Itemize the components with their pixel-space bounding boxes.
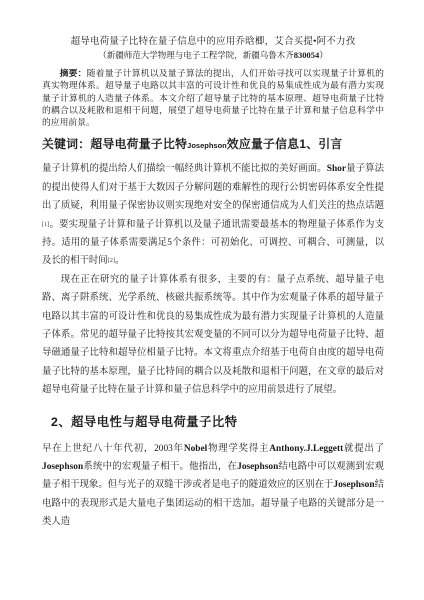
abstract-text: 随着量子计算机以及量子算法的提出，人们开始寻找可以实现量子计算机的真实物理体系。… (42, 68, 384, 127)
keywords-label: 关键词： (42, 137, 90, 151)
section-2-heading: 2、超导电性与超导电荷量子比特 (51, 414, 384, 430)
leggett-name: Anthony.J.Leggett (269, 444, 343, 454)
shor-name: Shor (327, 164, 346, 174)
intro-paragraph-1: 量子计算机的提出给人们描绘一幅经典计算机不能比拟的美好画面。Shor量子算法的提… (42, 160, 384, 270)
paper-affiliation: （新疆师范大学物理与电子工程学院，新疆乌鲁木齐830054） (42, 50, 384, 61)
intro-paragraph-2: 现在正在研究的量子计算体系有很多，主要的有：量子点系统、超导量子电路、离子阱系统… (42, 271, 384, 400)
paper-title: 超导电荷量子比特在量子信息中的应用 (71, 37, 236, 47)
intro-p1-part-a: 量子计算机的提出给人们描绘一幅经典计算机不能比拟的美好画面。 (42, 164, 327, 174)
s2-part-c: 就提出了 (343, 444, 384, 454)
josephson-name-3: Josephson (333, 480, 374, 490)
keywords-line: 关键词：超导电荷量子比特Josephson效应量子信息1、引言 (42, 137, 384, 153)
keywords-josephson: Josephson (187, 141, 227, 150)
page-content: 超导电荷量子比特在量子信息中的应用乔晗楖，艾合买提•阿不力孜 （新疆师范大学物理… (0, 0, 424, 532)
affiliation-text: （新疆师范大学物理与电子工程学院，新疆乌鲁木齐 (98, 50, 294, 60)
section-2-paragraph: 早在上世纪八十年代初，2003年Nobel物理学奖得主Anthony.J.Leg… (42, 440, 384, 532)
abstract-paragraph: 摘要：随着量子计算机以及量子算法的提出，人们开始寻找可以实现量子计算机的真实物理… (42, 67, 384, 128)
abstract-label: 摘要： (60, 68, 87, 78)
affiliation-zipcode: 830054 (294, 50, 320, 60)
s2-part-d: 系统中的宏观量子相干。他指出，在 (83, 462, 237, 472)
keywords-rest: 效应量子信息 (227, 137, 300, 151)
paper-authors: 乔晗楖，艾合买提•阿不力孜 (235, 37, 355, 47)
affiliation-close-paren: ） (319, 50, 328, 60)
intro-p1-part-d: 。 (115, 256, 124, 266)
s2-part-b: 物理学奖得主 (207, 444, 269, 454)
keywords-term: 超导电荷量子比特 (90, 137, 187, 151)
citation-ref-2: [2] (108, 257, 115, 264)
nobel-name: Nobel (184, 444, 207, 454)
intro-p1-part-c: 。要实现量子计算和量子计算机以及量子通讯需要最基本的物理量子体系作为支持。适用的… (42, 220, 384, 267)
section-1-heading: 1、引言 (299, 137, 342, 151)
title-line: 超导电荷量子比特在量子信息中的应用乔晗楖，艾合买提•阿不力孜 (42, 36, 384, 48)
josephson-name-1: Josephson (42, 462, 83, 472)
josephson-name-2: Josephson (237, 462, 278, 472)
s2-part-a: 早在上世纪八十年代初，2003年 (42, 444, 184, 454)
document-page: 超导电荷量子比特在量子信息中的应用乔晗楖，艾合买提•阿不力孜 （新疆师范大学物理… (0, 0, 424, 600)
